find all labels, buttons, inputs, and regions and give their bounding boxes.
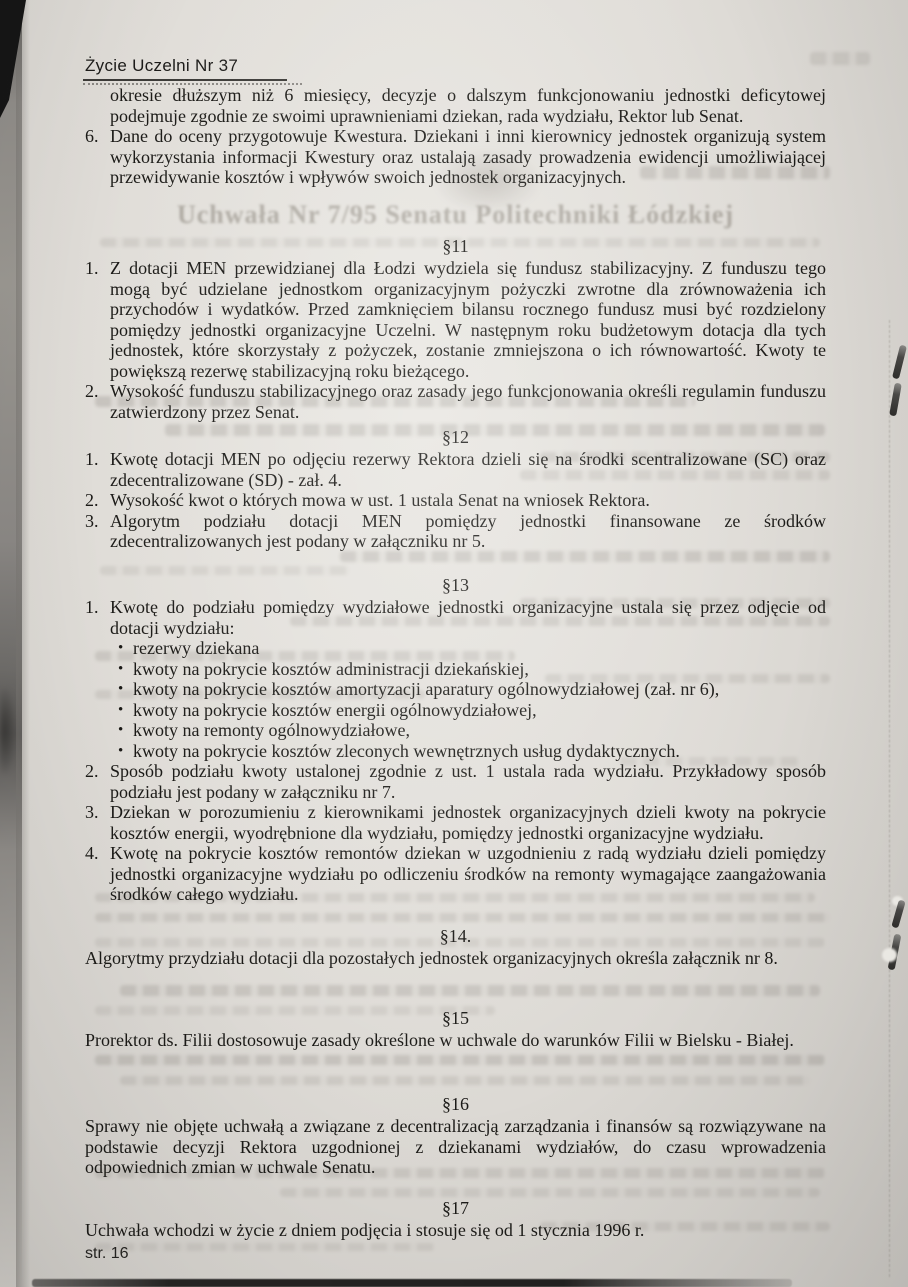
item-text: Sposób podziału kwoty ustalonej zgodnie … xyxy=(110,761,826,802)
section-heading: §16 xyxy=(85,1094,826,1115)
item-number: 3. xyxy=(85,511,110,552)
page-number: str. 16 xyxy=(85,1245,129,1263)
bleedthrough-smudge xyxy=(100,566,350,575)
list-item: 1. Kwotę do podziału pomiędzy wydziałowe… xyxy=(85,597,826,638)
staple-mark xyxy=(892,345,907,380)
item-text: Kwotę na pokrycie kosztów remontów dziek… xyxy=(110,843,826,905)
list-item: 3. Algorytm podziału dotacji MEN pomiędz… xyxy=(85,511,826,552)
section-heading: §12 xyxy=(85,427,826,448)
bullet-item: • kwoty na pokrycie kosztów zleconych we… xyxy=(118,741,826,762)
item-text: Kwotę dotacji MEN po odjęciu rezerwy Rek… xyxy=(110,449,826,490)
list-item: 1. Z dotacji MEN przewidzianej dla Łodzi… xyxy=(85,258,826,381)
bullet-item: • kwoty na remonty ogólnowydziałowe, xyxy=(118,720,826,741)
bleedthrough-smudge xyxy=(810,52,870,65)
section-heading: §13 xyxy=(85,575,826,596)
bullet-item: • kwoty na pokrycie kosztów amortyzacji … xyxy=(118,679,826,700)
item-number: 2. xyxy=(85,761,110,802)
list-item: 2. Wysokość kwot o których mowa w ust. 1… xyxy=(85,490,826,511)
section-heading: §11 xyxy=(85,236,826,257)
item-number: 2. xyxy=(85,490,110,511)
list-item: 2. Wysokość funduszu stabilizacyjnego or… xyxy=(85,381,826,422)
bullet-text: kwoty na pokrycie kosztów administracji … xyxy=(133,659,826,680)
bleedthrough-smudge xyxy=(95,1055,825,1065)
list-item: 4. Kwotę na pokrycie kosztów remontów dz… xyxy=(85,843,826,905)
section-heading: §15 xyxy=(85,1008,826,1029)
bullet-dot-icon: • xyxy=(118,679,133,700)
section-16: §16 Sprawy nie objęte uchwałą a związane… xyxy=(85,1094,826,1178)
item-number: 1. xyxy=(85,597,110,638)
item-text: Z dotacji MEN przewidzianej dla Łodzi wy… xyxy=(110,258,826,381)
header-rule xyxy=(83,79,287,81)
bullet-dot-icon: • xyxy=(118,720,133,741)
scan-edge-blot xyxy=(0,688,16,774)
item-text: Kwotę do podziału pomiędzy wydziałowe je… xyxy=(110,597,826,638)
paper-gloss xyxy=(882,948,897,962)
section-12: §12 1. Kwotę dotacji MEN po odjęciu reze… xyxy=(85,427,826,552)
item-number: 1. xyxy=(85,449,110,490)
bullet-text: kwoty na pokrycie kosztów zleconych wewn… xyxy=(133,741,826,762)
section-17: §17 Uchwała wchodzi w życie z dniem podj… xyxy=(85,1198,826,1241)
section-11: §11 1. Z dotacji MEN przewidzianej dla Ł… xyxy=(85,236,826,422)
item-number: 3. xyxy=(85,802,110,843)
list-item: 1. Kwotę dotacji MEN po odjęciu rezerwy … xyxy=(85,449,826,490)
bleedthrough-smudge xyxy=(120,1076,810,1085)
section-heading: §14. xyxy=(85,926,826,947)
item-text: Dziekan w porozumieniu z kierownikami je… xyxy=(110,802,826,843)
bullet-text: rezerwy dziekana xyxy=(133,638,826,659)
scan-left-edge-fade xyxy=(16,0,30,1287)
scanned-document-page: Uchwała Nr 7/95 Senatu Politechniki Łódz… xyxy=(0,0,908,1287)
item-text: Dane do oceny przygotowuje Kwestura. Dzi… xyxy=(110,126,826,188)
bullet-list: • rezerwy dziekana • kwoty na pokrycie k… xyxy=(118,638,826,761)
bleedthrough-smudge xyxy=(95,913,830,922)
bullet-text: kwoty na pokrycie kosztów amortyzacji ap… xyxy=(133,679,826,700)
page-crease xyxy=(889,320,890,1277)
staple-mark xyxy=(889,383,902,417)
bleedthrough-smudge xyxy=(95,1243,435,1251)
section-paragraph: Uchwała wchodzi w życie z dniem podjęcia… xyxy=(85,1220,826,1241)
bleedthrough-smudge xyxy=(340,551,830,562)
bullet-dot-icon: • xyxy=(118,741,133,762)
bullet-item: • kwoty na pokrycie kosztów administracj… xyxy=(118,659,826,680)
list-item: 2. Sposób podziału kwoty ustalonej zgodn… xyxy=(85,761,826,802)
item-text: Wysokość kwot o których mowa w ust. 1 us… xyxy=(110,490,826,511)
item-number: 4. xyxy=(85,843,110,905)
scan-bottom-edge xyxy=(32,1279,792,1287)
paragraph-continuation: okresie dłuższym niż 6 miesięcy, decyzje… xyxy=(110,85,826,126)
bullet-text: kwoty na pokrycie kosztów energii ogólno… xyxy=(133,700,826,721)
item-number: 2. xyxy=(85,381,110,422)
section-14: §14. Algorytmy przydziału dotacji dla po… xyxy=(85,926,826,969)
item-number: 1. xyxy=(85,258,110,381)
section-paragraph: Prorektor ds. Filii dostosowuje zasady o… xyxy=(85,1030,826,1051)
item-text: Algorytm podziału dotacji MEN pomiędzy j… xyxy=(110,511,826,552)
bullet-dot-icon: • xyxy=(118,638,133,659)
page-header-masthead: Życie Uczelni Nr 37 xyxy=(85,56,238,76)
list-item-6: 6. Dane do oceny przygotowuje Kwestura. … xyxy=(85,126,826,188)
bullet-text: kwoty na remonty ogólnowydziałowe, xyxy=(133,720,826,741)
bullet-item: • rezerwy dziekana xyxy=(118,638,826,659)
bullet-dot-icon: • xyxy=(118,659,133,680)
section-paragraph: Sprawy nie objęte uchwałą a związane z d… xyxy=(85,1116,826,1178)
section-paragraph: Algorytmy przydziału dotacji dla pozosta… xyxy=(85,948,826,969)
item-number: 6. xyxy=(85,126,110,188)
section-13: §13 1. Kwotę do podziału pomiędzy wydzia… xyxy=(85,575,826,905)
bleedthrough-smudge xyxy=(120,985,820,996)
section-heading: §17 xyxy=(85,1198,826,1219)
section-15: §15 Prorektor ds. Filii dostosowuje zasa… xyxy=(85,1008,826,1051)
bullet-item: • kwoty na pokrycie kosztów energii ogól… xyxy=(118,700,826,721)
bleedthrough-smudge xyxy=(280,1188,820,1197)
item-text: Wysokość funduszu stabilizacyjnego oraz … xyxy=(110,381,826,422)
list-item: 3. Dziekan w porozumieniu z kierownikami… xyxy=(85,802,826,843)
bullet-dot-icon: • xyxy=(118,700,133,721)
